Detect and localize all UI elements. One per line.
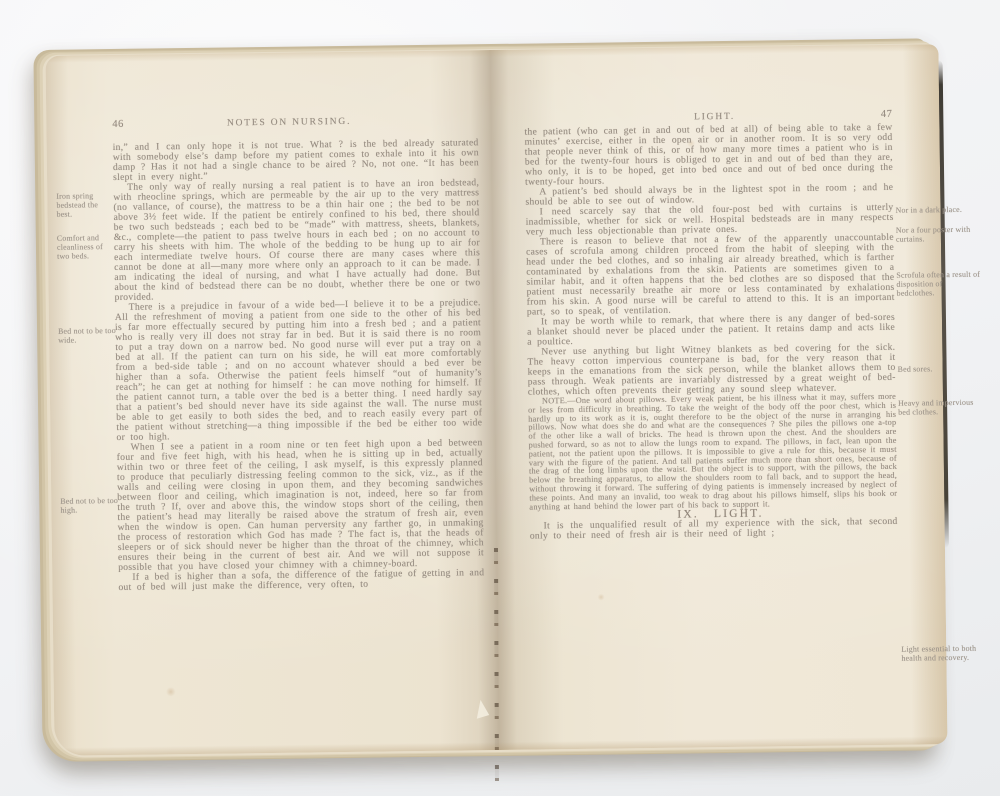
margin-note: Nor in a dark place. bbox=[895, 205, 979, 215]
paragraph: There is a prejudice in favour of a wide… bbox=[115, 298, 483, 443]
margin-note: Bed not to be too high. bbox=[60, 496, 118, 515]
open-book: 46 NOTES ON NURSING. Iron spring bedstea… bbox=[45, 44, 947, 756]
right-page-body: the patient (who can get in and out of b… bbox=[524, 123, 897, 542]
margin-note: Scrofula often a result of disposition o… bbox=[896, 270, 980, 298]
margin-note: Comfort and cleanliness of two beds. bbox=[57, 233, 115, 261]
photo-background: 46 NOTES ON NURSING. Iron spring bedstea… bbox=[0, 0, 1000, 796]
margin-note: Light essential to both health and recov… bbox=[901, 644, 985, 663]
paragraph: The only way of really nursing a real pa… bbox=[113, 178, 481, 303]
paragraph: in,” and I can only hope it is not true.… bbox=[113, 138, 479, 183]
foxing-spot bbox=[598, 594, 605, 601]
paragraph: Never use anything but light Witney blan… bbox=[527, 343, 896, 398]
right-page-number: 47 bbox=[881, 109, 893, 120]
margin-note: Nor a four poster with curtains. bbox=[896, 225, 980, 244]
margin-note: Bed not to be too wide. bbox=[58, 326, 116, 345]
left-page-number: 46 bbox=[112, 119, 124, 130]
margin-note: Bed sores. bbox=[898, 364, 982, 374]
paragraph: When I see a patient in a room nine or t… bbox=[117, 438, 485, 573]
foxing-spot bbox=[166, 687, 176, 696]
margin-note: Heavy and impervious bed clothes. bbox=[898, 398, 982, 417]
right-page-paragraphs: the patient (who can get in and out of b… bbox=[524, 123, 896, 398]
note-paragraph: NOTE.—One word about pillows. Every weak… bbox=[528, 393, 897, 512]
left-page-body: in,” and I can only hope it is not true.… bbox=[113, 138, 485, 593]
paragraph: There is reason to believe that not a fe… bbox=[526, 233, 895, 318]
paragraph: the patient (who can get in and out of b… bbox=[524, 123, 893, 188]
margin-note: Iron spring bedstead the best. bbox=[56, 191, 114, 219]
